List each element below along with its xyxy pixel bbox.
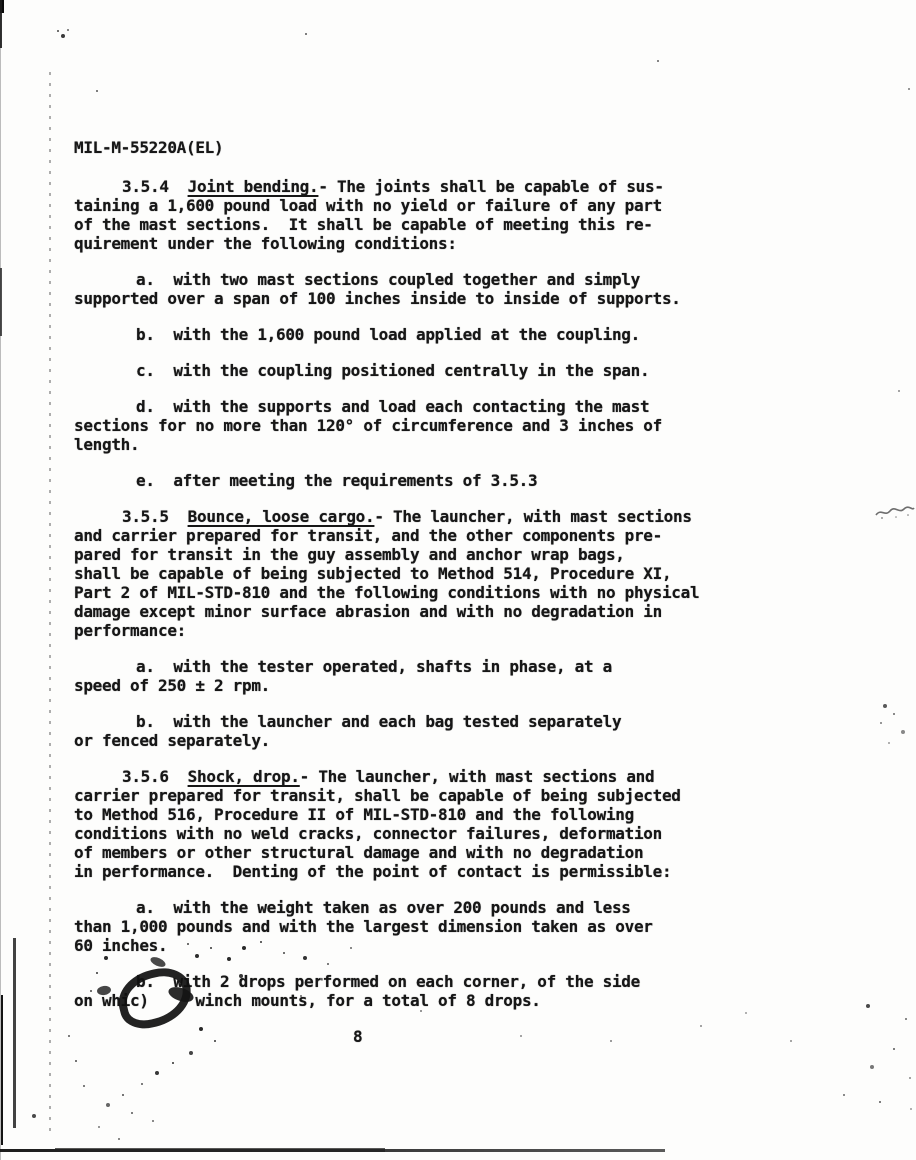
section-3-5-4-title: Joint bending. [188, 177, 319, 196]
section-3-5-5-number: 3.5.5 [122, 507, 169, 526]
section-3-5-4-item-c: c. with the coupling positioned centrall… [74, 361, 780, 380]
section-3-5-5-item-a: a. with the tester operated, shafts in p… [74, 657, 780, 695]
page-number: 8 [353, 1027, 780, 1046]
section-3-5-5: 3.5.5Bounce, loose cargo.- The launcher,… [74, 507, 780, 750]
section-3-5-5-item-b: b. with the launcher and each bag tested… [74, 712, 780, 750]
scan-speckle-layer-1 [0, 0, 2, 2]
section-3-5-4-number: 3.5.4 [122, 177, 169, 196]
handwritten-scribble-mark [874, 502, 916, 522]
section-3-5-4-item-b: b. with the 1,600 pound load applied at … [74, 325, 780, 344]
document-page: MIL-M-55220A(EL) 3.5.4Joint bending.- Th… [0, 0, 916, 1160]
scan-corner-mark [0, 0, 4, 13]
section-3-5-6-number: 3.5.6 [122, 767, 169, 786]
section-3-5-5-title: Bounce, loose cargo. [188, 507, 375, 526]
document-id-header: MIL-M-55220A(EL) [74, 138, 780, 157]
section-3-5-4-heading-paragraph: 3.5.4Joint bending.- The joints shall be… [74, 177, 780, 253]
section-3-5-6-title: Shock, drop. [188, 767, 300, 786]
scan-edge-line-bottom [1, 995, 3, 1145]
scan-speckle-layer-2 [0, 0, 2, 2]
section-3-5-5-lead-text: - The launcher, with mast sections and c… [74, 507, 699, 640]
section-3-5-6-item-a: a. with the weight taken as over 200 pou… [74, 898, 780, 955]
section-3-5-6-item-b: b. with 2 drops performed on each corner… [74, 972, 780, 1010]
section-3-5-4-item-e: e. after meeting the requirements of 3.5… [74, 471, 780, 490]
page-content: MIL-M-55220A(EL) 3.5.4Joint bending.- Th… [74, 138, 780, 1046]
scan-edge-line-mid [0, 268, 2, 336]
scan-binding-dashes [49, 72, 51, 1135]
scan-bottom-line [0, 1149, 665, 1152]
section-3-5-4: 3.5.4Joint bending.- The joints shall be… [74, 177, 780, 490]
section-3-5-6-heading-paragraph: 3.5.6Shock, drop.- The launcher, with ma… [74, 767, 780, 881]
section-3-5-6: 3.5.6Shock, drop.- The launcher, with ma… [74, 767, 780, 1010]
section-3-5-4-item-a: a. with two mast sections coupled togeth… [74, 270, 780, 308]
scan-bottom-line-dark-segment [55, 1148, 385, 1152]
scan-edge-line-thick [13, 938, 16, 1128]
section-3-5-5-heading-paragraph: 3.5.5Bounce, loose cargo.- The launcher,… [74, 507, 780, 640]
section-3-5-4-item-d: d. with the supports and load each conta… [74, 397, 780, 454]
scan-edge-line-top [0, 0, 2, 48]
scan-edge-hairline [0, 0, 1, 1160]
